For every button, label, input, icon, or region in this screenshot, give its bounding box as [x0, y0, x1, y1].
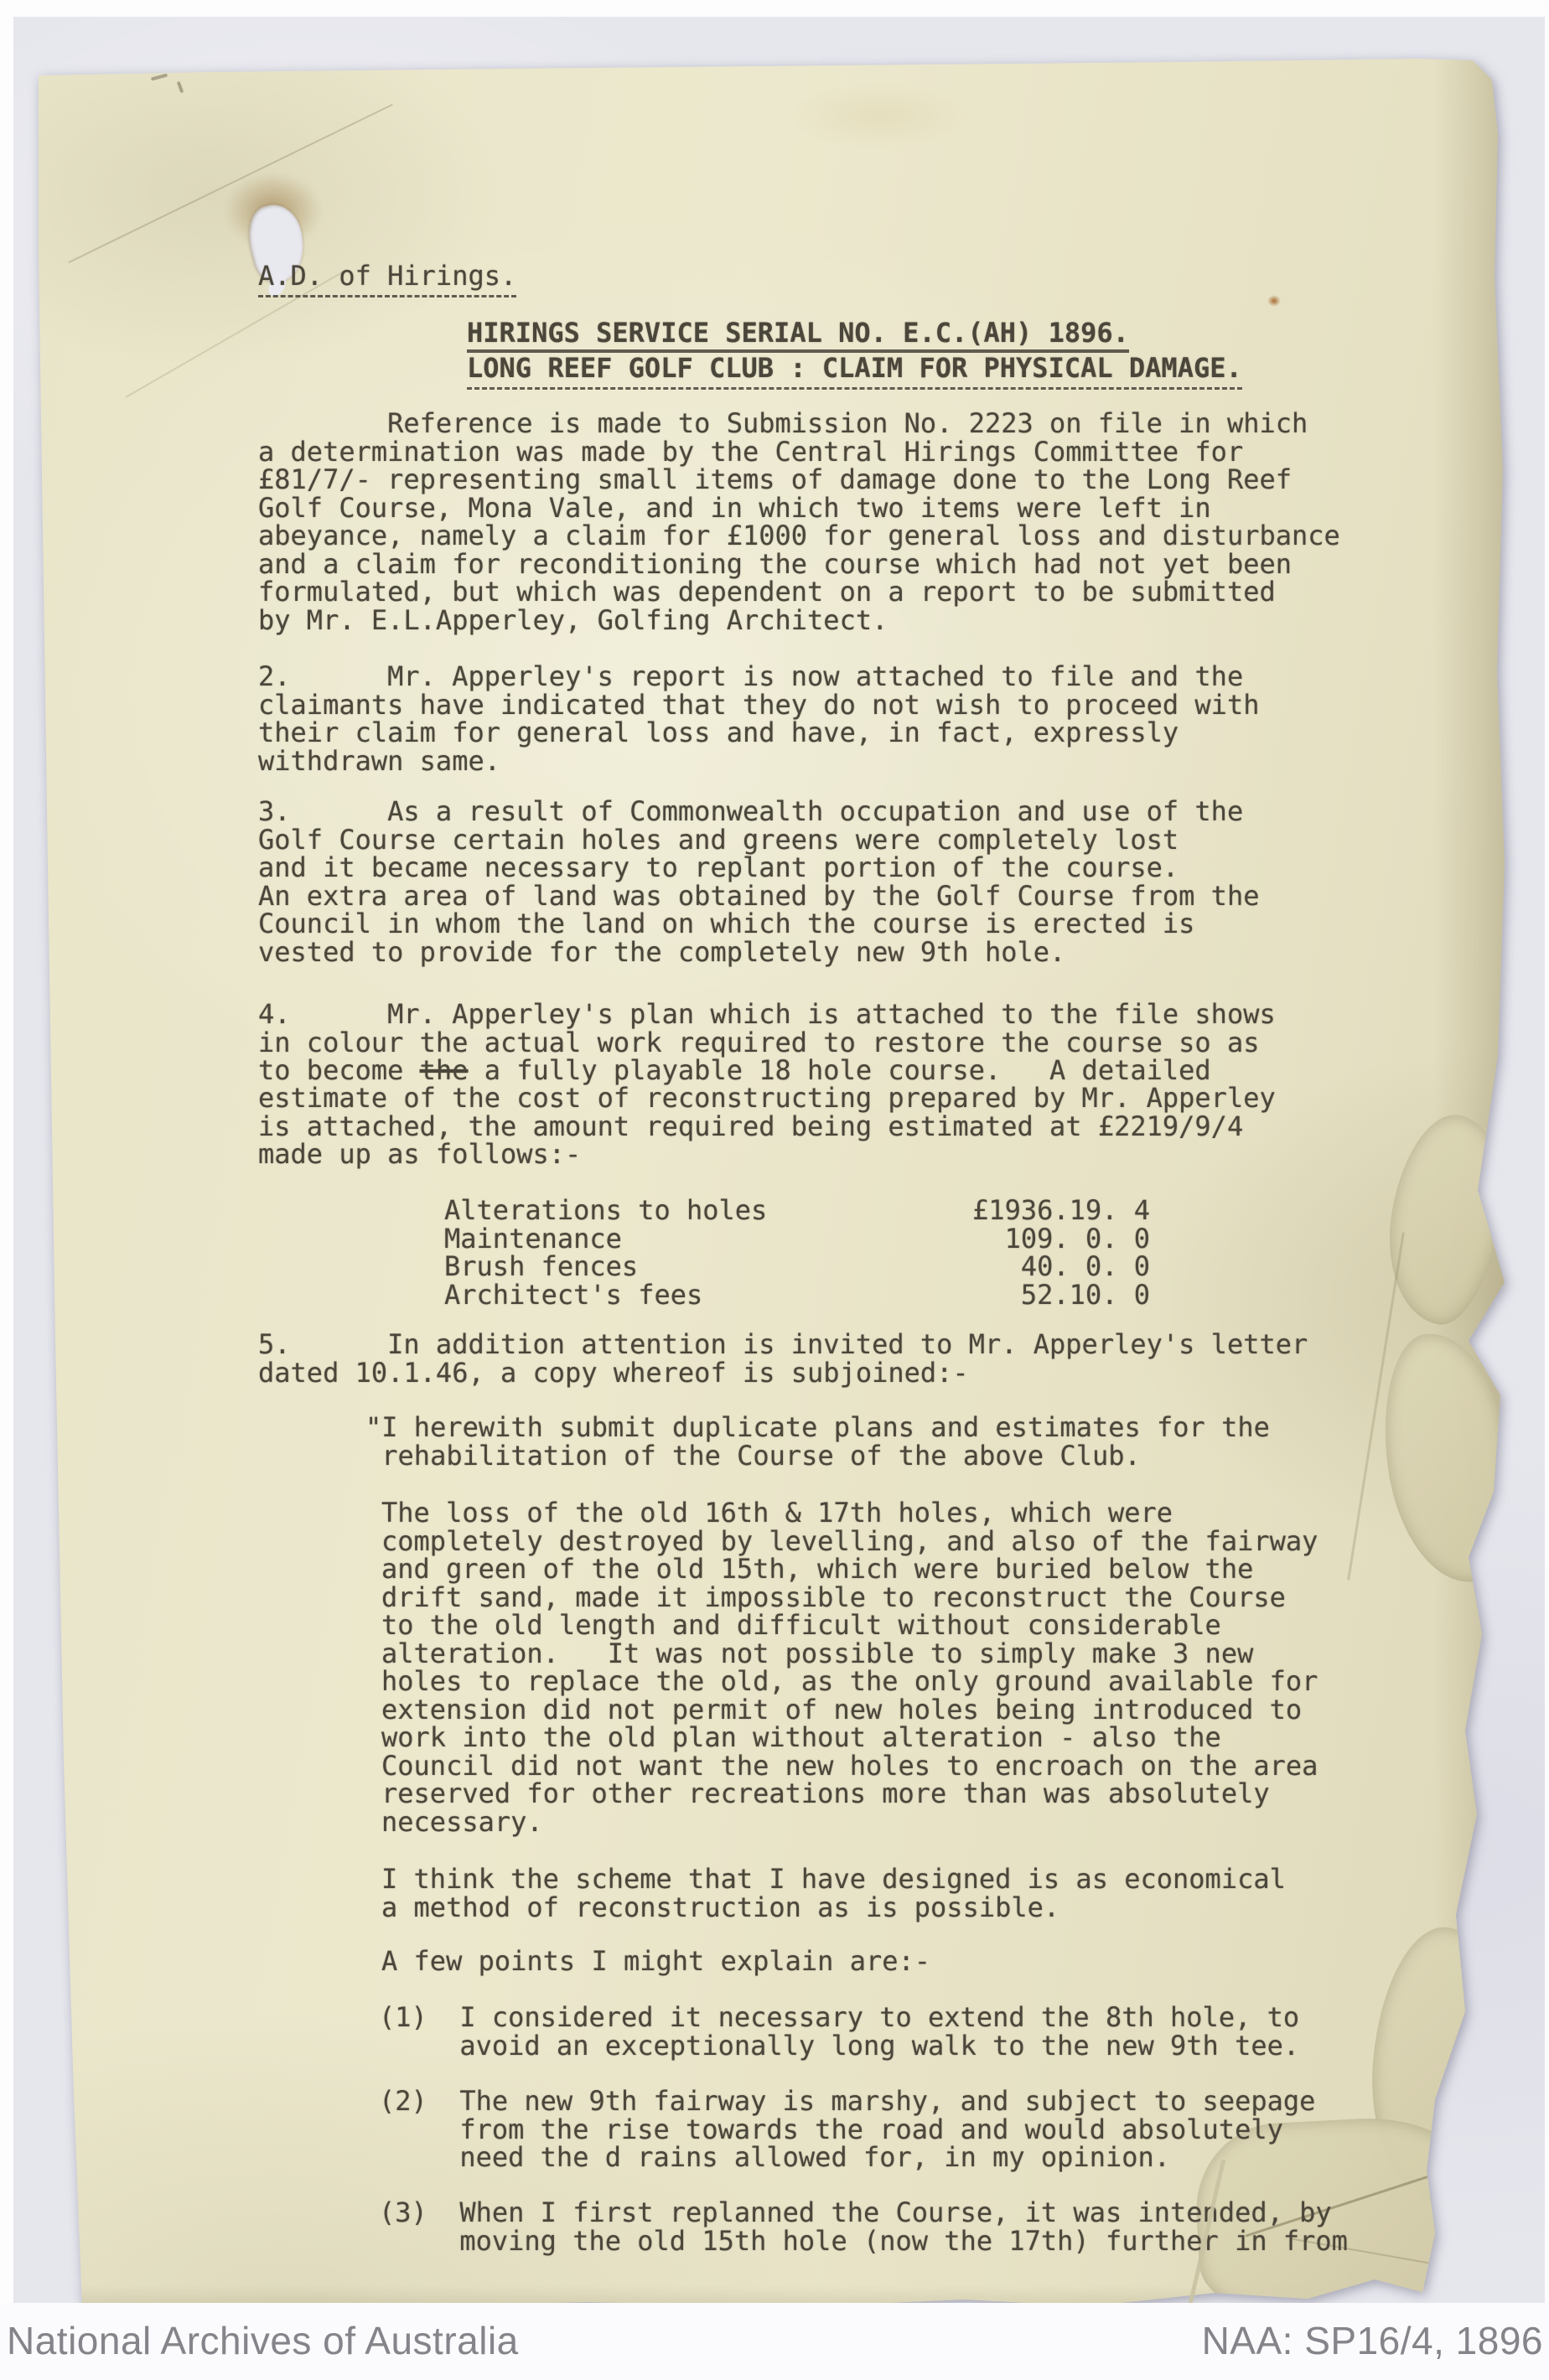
- quoted-letter-intro: "I herewith submit duplicate plans and e…: [365, 1414, 1270, 1470]
- pencil-mark: [151, 73, 168, 80]
- table-row: Architect's fees52.10. 0: [444, 1281, 1150, 1310]
- torn-flap: [1374, 1107, 1517, 1332]
- cost-label: Maintenance: [444, 1225, 622, 1254]
- scan-background: A.D. of Hirings. HIRINGS SERVICE SERIAL …: [0, 0, 1549, 2380]
- crease-line: [68, 104, 392, 263]
- subject-title-text: LONG REEF GOLF CLUB : CLAIM FOR PHYSICAL…: [467, 352, 1242, 390]
- footer-band: National Archives of Australia NAA: SP16…: [0, 2303, 1549, 2380]
- table-row: Alterations to holes£1936.19. 4: [444, 1197, 1150, 1225]
- paragraph-5: 5. In addition attention is invited to M…: [258, 1331, 1308, 1387]
- quoted-letter-paragraph-4: A few points I might explain are:-: [381, 1948, 930, 1976]
- paragraph-4-strike-line: to become the a fully playable 18 hole c…: [258, 1057, 1211, 1085]
- paragraph-3: 3. As a result of Commonwealth occupatio…: [258, 798, 1259, 966]
- footer-archive-label: National Archives of Australia: [7, 2318, 519, 2363]
- paragraph-1: Reference is made to Submission No. 2223…: [258, 410, 1340, 634]
- cost-label: Brush fences: [444, 1253, 638, 1281]
- quoted-letter-paragraph-2: The loss of the old 16th & 17th holes, w…: [381, 1499, 1318, 1836]
- table-row: Maintenance109. 0. 0: [444, 1225, 1150, 1254]
- cost-amount: 109. 0. 0: [1005, 1225, 1150, 1254]
- pencil-mark: [177, 81, 184, 94]
- torn-flap: [1372, 1326, 1521, 1590]
- letter-point-1: (1) I considered it necessary to extend …: [379, 2004, 1299, 2060]
- cost-amount: 52.10. 0: [1021, 1281, 1150, 1310]
- subject-title: LONG REEF GOLF CLUB : CLAIM FOR PHYSICAL…: [467, 354, 1242, 383]
- serial-title: HIRINGS SERVICE SERIAL NO. E.C.(AH) 1896…: [467, 319, 1129, 348]
- dept-heading: A.D. of Hirings.: [258, 262, 516, 291]
- stain-spot: [1267, 295, 1281, 307]
- table-row: Brush fences40. 0. 0: [444, 1253, 1150, 1281]
- cost-table: Alterations to holes£1936.19. 4 Maintena…: [444, 1197, 1150, 1309]
- paragraph-4-end: estimate of the cost of reconstructing p…: [258, 1084, 1276, 1169]
- cost-label: Architect's fees: [444, 1281, 702, 1310]
- letter-point-2: (2) The new 9th fairway is marshy, and s…: [379, 2088, 1315, 2172]
- dept-heading-text: A.D. of Hirings.: [258, 260, 516, 297]
- footer-reference-label: NAA: SP16/4, 1896: [1202, 2318, 1543, 2363]
- paragraph-2: 2. Mr. Apperley's report is now attached…: [258, 663, 1259, 775]
- cost-amount: £1936.19. 4: [972, 1197, 1150, 1225]
- paragraph-4-start: 4. Mr. Apperley's plan which is attached…: [258, 1001, 1276, 1057]
- serial-title-text: HIRINGS SERVICE SERIAL NO. E.C.(AH) 1896…: [467, 317, 1129, 353]
- quoted-letter-paragraph-3: I think the scheme that I have designed …: [381, 1865, 1286, 1922]
- cost-amount: 40. 0. 0: [1021, 1253, 1150, 1281]
- stain-spot: [788, 82, 972, 149]
- cost-label: Alterations to holes: [444, 1197, 767, 1225]
